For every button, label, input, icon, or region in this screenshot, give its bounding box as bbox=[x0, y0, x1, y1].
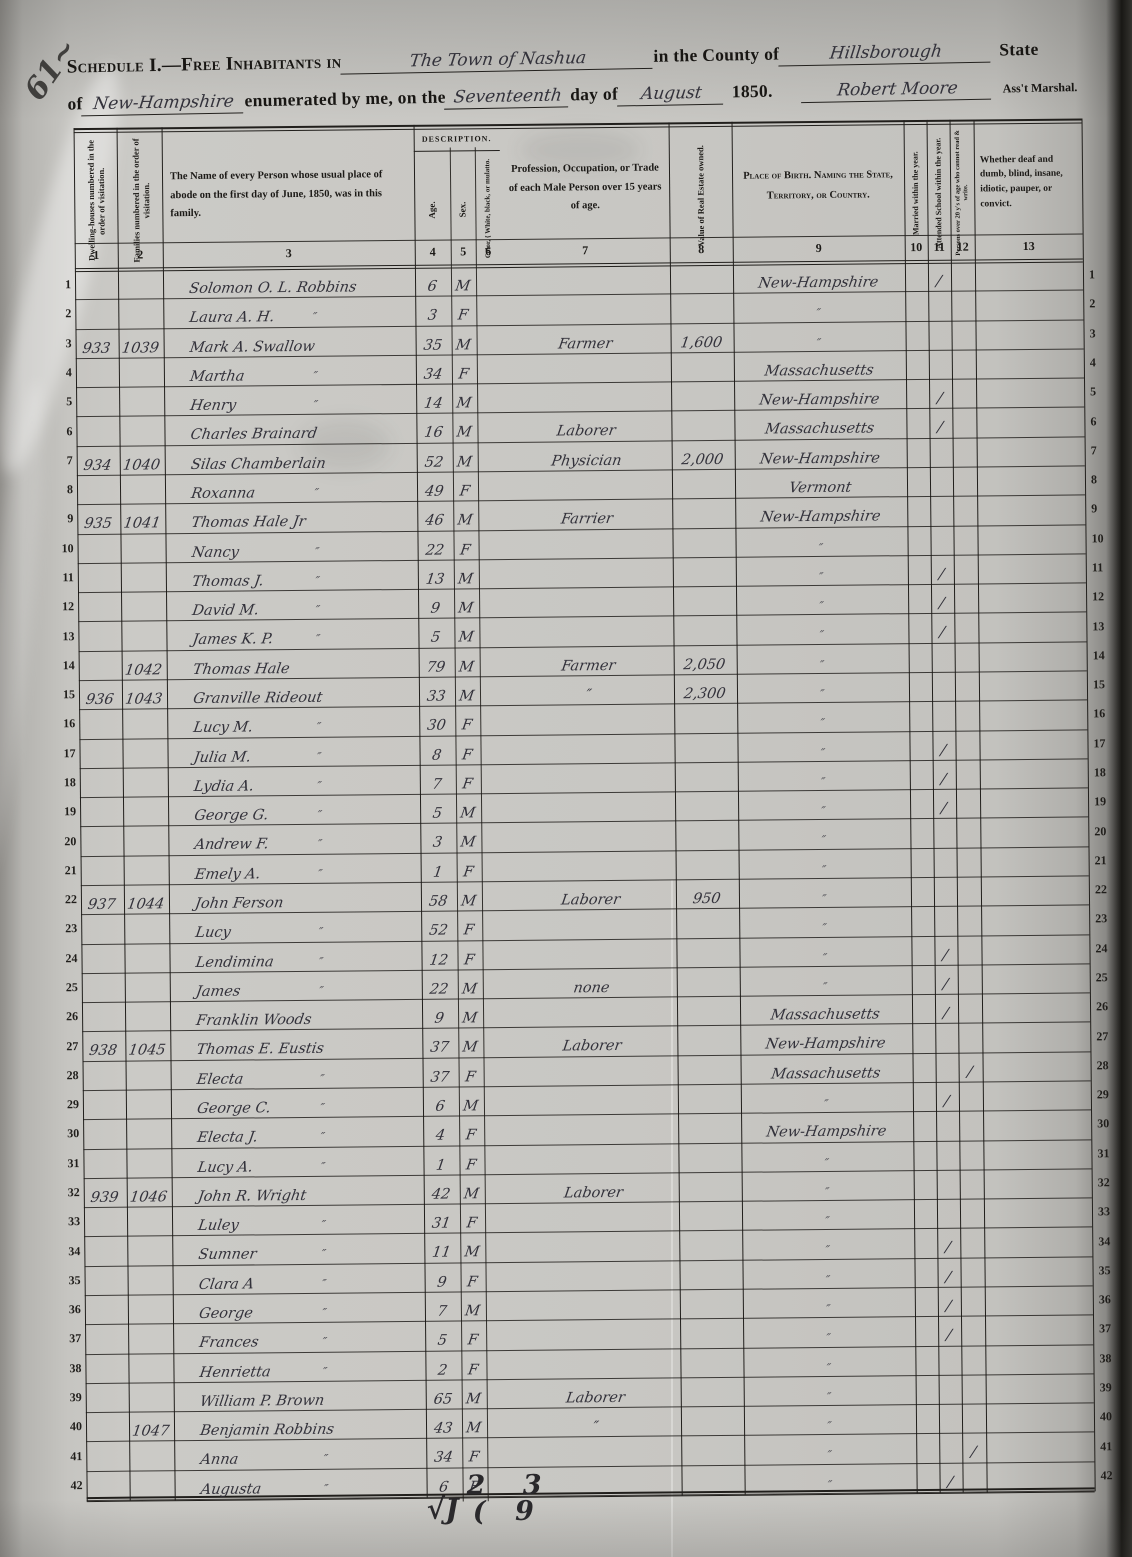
cell-age: 1 bbox=[418, 852, 458, 882]
cell-name: Anna″ bbox=[172, 1438, 428, 1470]
cell-dwelling-number: 933 bbox=[73, 328, 120, 358]
marshal-title: Ass't Marshal. bbox=[1003, 80, 1078, 96]
row-number-left: 37 bbox=[61, 1324, 81, 1353]
schedule-title: Schedule I.—Free Inhabitants in bbox=[67, 52, 342, 79]
attended-school-tick: / bbox=[931, 760, 958, 790]
column-number-5: 5 bbox=[451, 240, 476, 263]
cell-birthplace: ″ bbox=[741, 1316, 917, 1347]
cell-name: David M.″ bbox=[164, 589, 420, 621]
cell-birthplace: ″ bbox=[737, 906, 913, 937]
cell-sex: M bbox=[460, 1379, 489, 1409]
cell-age: 12 bbox=[419, 940, 459, 970]
row-number-left: 19 bbox=[56, 797, 76, 826]
cell-sex: M bbox=[454, 823, 483, 853]
cell-name: Thomas E. Eustis bbox=[168, 1028, 424, 1060]
cell-sex: F bbox=[459, 1350, 488, 1380]
cell-birthplace: ″ bbox=[736, 819, 912, 850]
row-number-left: 16 bbox=[55, 709, 75, 738]
description-label: DESCRIPTION. bbox=[414, 134, 500, 152]
row-number-left: 13 bbox=[54, 622, 74, 651]
attended-school-tick: / bbox=[929, 555, 956, 585]
cell-birthplace: ″ bbox=[740, 1170, 916, 1201]
cell-birthplace: New-Hampshire bbox=[731, 262, 907, 293]
row-number-left: 15 bbox=[55, 680, 75, 709]
cell-sex: M bbox=[449, 266, 478, 296]
row-number-left: 36 bbox=[61, 1295, 81, 1324]
cell-sex: F bbox=[450, 354, 479, 384]
cell-birthplace: ″ bbox=[740, 1229, 916, 1260]
attended-school-tick: / bbox=[929, 584, 956, 614]
column-number-8: 8 bbox=[670, 238, 733, 262]
row-number-left: 25 bbox=[58, 973, 78, 1002]
cell-family-number: 1040 bbox=[118, 445, 167, 475]
cell-age: 22 bbox=[415, 530, 455, 560]
column-number-7: 7 bbox=[501, 238, 670, 263]
row-number-left: 30 bbox=[59, 1119, 79, 1148]
name-ditto-mark: ″ bbox=[317, 838, 323, 850]
cell-dwelling-number: 938 bbox=[80, 1031, 127, 1061]
cell-name: Lucy A.″ bbox=[169, 1145, 425, 1177]
page-shading-bottom bbox=[0, 1500, 1132, 1557]
cell-name: Mark A. Swallow bbox=[161, 325, 417, 357]
cell-age: 7 bbox=[423, 1291, 463, 1321]
attended-school-tick: / bbox=[937, 1462, 964, 1492]
cell-real-estate-value: 2,000 bbox=[670, 439, 737, 469]
cell-name: John Ferson bbox=[167, 882, 423, 914]
name-ditto-mark: ″ bbox=[323, 1483, 329, 1495]
cell-birthplace: Massachusetts bbox=[732, 350, 908, 381]
name-ditto-mark: ″ bbox=[316, 780, 322, 792]
cell-age: 7 bbox=[418, 764, 458, 794]
cell-sex: M bbox=[455, 881, 484, 911]
cell-birthplace: ″ bbox=[734, 584, 910, 615]
header-line-1: Schedule I.—Free Inhabitants in The Town… bbox=[67, 38, 1077, 80]
cell-age: 22 bbox=[420, 969, 460, 999]
page-fold-edge bbox=[1106, 0, 1132, 1557]
cell-occupation: ″ bbox=[510, 1406, 683, 1437]
attended-school-tick: / bbox=[935, 1257, 962, 1287]
cell-age: 52 bbox=[415, 442, 455, 472]
cell-sex: F bbox=[453, 735, 482, 765]
cell-birthplace: ″ bbox=[742, 1433, 918, 1464]
cell-sex: M bbox=[460, 1408, 489, 1438]
name-ditto-mark: ″ bbox=[314, 575, 320, 587]
cell-birthplace: ″ bbox=[737, 877, 913, 908]
row-number-left: 40 bbox=[62, 1412, 82, 1441]
cell-birthplace: New-Hampshire bbox=[732, 379, 908, 410]
cell-birthplace: ″ bbox=[738, 965, 914, 996]
cell-age: 9 bbox=[420, 999, 460, 1029]
cell-age: 9 bbox=[422, 1262, 462, 1292]
cell-sex: M bbox=[452, 618, 481, 648]
cell-occupation: ″ bbox=[503, 674, 676, 705]
name-ditto-mark: ″ bbox=[323, 1453, 329, 1465]
cell-name: Lucy M.″ bbox=[165, 706, 421, 738]
cell-age: 58 bbox=[419, 881, 459, 911]
cell-birthplace: ″ bbox=[734, 555, 910, 586]
cell-real-estate-value: 1,600 bbox=[668, 322, 735, 352]
cell-real-estate-value: 950 bbox=[674, 879, 741, 909]
day-field: Seventeenth bbox=[444, 85, 571, 109]
row-number-left: 14 bbox=[55, 651, 75, 680]
name-ditto-mark: ″ bbox=[319, 1073, 325, 1085]
name-ditto-mark: ″ bbox=[319, 1131, 325, 1143]
name-ditto-mark: ″ bbox=[321, 1336, 327, 1348]
cell-sex: F bbox=[460, 1438, 489, 1468]
row-number-left: 31 bbox=[59, 1149, 79, 1178]
row-number-left: 39 bbox=[62, 1383, 82, 1412]
cell-birthplace: ″ bbox=[741, 1346, 917, 1377]
row-number-left: 33 bbox=[60, 1207, 80, 1236]
cell-sex: M bbox=[451, 442, 480, 472]
cell-age: 6 bbox=[413, 266, 453, 296]
cell-age: 30 bbox=[417, 706, 457, 736]
cell-age: 33 bbox=[417, 676, 457, 706]
cell-name: Lydia A.″ bbox=[166, 765, 422, 797]
cell-birthplace: ″ bbox=[733, 526, 909, 557]
name-ditto-mark: ″ bbox=[318, 985, 324, 997]
county-label: in the County of bbox=[653, 44, 779, 67]
name-ditto-mark: ″ bbox=[319, 1102, 325, 1114]
cell-birthplace: ″ bbox=[739, 1141, 915, 1172]
cell-age: 52 bbox=[419, 911, 459, 941]
column-header-9: Place of Birth. Naming the State, Territ… bbox=[738, 143, 899, 229]
cell-name: William P. Brown bbox=[172, 1380, 428, 1412]
cell-birthplace: ″ bbox=[737, 936, 913, 967]
row-number-left: 11 bbox=[54, 563, 74, 592]
cell-age: 11 bbox=[422, 1233, 462, 1263]
row-number-left: 24 bbox=[57, 944, 77, 973]
cell-occupation: Laborer bbox=[506, 1026, 679, 1057]
cell-birthplace: ″ bbox=[739, 1082, 915, 1113]
name-ditto-mark: ″ bbox=[316, 751, 322, 763]
census-sheet: Schedule I.—Free Inhabitants in The Town… bbox=[0, 0, 1132, 1557]
column-header-13: Whether deaf and dumb, blind, insane, id… bbox=[980, 137, 1079, 226]
cell-birthplace: ″ bbox=[731, 291, 907, 322]
cell-birthplace: Massachusetts bbox=[732, 409, 908, 440]
cell-name: Julia M.″ bbox=[165, 735, 421, 767]
cell-age: 35 bbox=[413, 325, 453, 355]
cell-age: 9 bbox=[416, 589, 456, 619]
cell-age: 65 bbox=[424, 1379, 464, 1409]
row-number-left: 6 bbox=[52, 417, 72, 446]
name-ditto-mark: ″ bbox=[316, 721, 322, 733]
column-number-13: 13 bbox=[975, 234, 1083, 258]
cell-age: 5 bbox=[418, 794, 458, 824]
cannot-read-tick: / bbox=[960, 1433, 988, 1463]
column-number-10: 10 bbox=[905, 236, 928, 259]
row-number-left: 29 bbox=[59, 1090, 79, 1119]
cell-age: 3 bbox=[418, 823, 458, 853]
name-ditto-mark: ″ bbox=[316, 809, 322, 821]
attended-school-tick: / bbox=[934, 1082, 961, 1112]
cell-sex: F bbox=[457, 1145, 486, 1175]
cell-sex: M bbox=[454, 793, 483, 823]
cell-birthplace: New-Hampshire bbox=[739, 1111, 915, 1142]
row-number-left: 35 bbox=[60, 1266, 80, 1295]
cell-sex: M bbox=[450, 383, 479, 413]
cell-sex: M bbox=[453, 647, 482, 677]
cell-name: Benjamin Robbins bbox=[172, 1409, 428, 1441]
attended-school-tick: / bbox=[931, 789, 958, 819]
column-header-7: Profession, Occupation, or Trade of each… bbox=[506, 145, 665, 231]
cell-sex: F bbox=[453, 706, 482, 736]
cell-age: 5 bbox=[416, 618, 456, 648]
cell-sex: M bbox=[450, 413, 479, 443]
column-number-3: 3 bbox=[163, 241, 415, 266]
column-number-11: 11 bbox=[928, 236, 951, 259]
cell-name: George″ bbox=[171, 1292, 427, 1324]
cell-age: 31 bbox=[422, 1204, 462, 1234]
cell-name: Lendimina″ bbox=[167, 940, 423, 972]
cell-family-number: 1042 bbox=[120, 650, 169, 680]
of-label: of bbox=[67, 93, 83, 114]
cell-name: Lucy″ bbox=[167, 911, 423, 943]
cell-name: Electa″ bbox=[168, 1058, 424, 1090]
county-field: Hillsborough bbox=[778, 41, 993, 67]
row-number-left: 23 bbox=[57, 914, 77, 943]
cell-dwelling-number: 937 bbox=[79, 885, 126, 915]
cell-family-number: 1046 bbox=[125, 1177, 174, 1207]
row-number-left: 34 bbox=[60, 1237, 80, 1266]
cell-occupation: Farrier bbox=[501, 499, 674, 530]
header-line-2: of New-Hampshire enumerated by me, on th… bbox=[67, 75, 1077, 117]
cell-name: George C.″ bbox=[169, 1087, 425, 1119]
row-number-left: 1 bbox=[51, 270, 71, 299]
cell-birthplace: ″ bbox=[736, 848, 912, 879]
name-ditto-mark: ″ bbox=[321, 1278, 327, 1290]
cell-real-estate-value: 2,050 bbox=[672, 644, 739, 674]
cannot-read-tick: / bbox=[956, 1052, 984, 1082]
cell-birthplace: ″ bbox=[736, 760, 912, 791]
row-number-left: 10 bbox=[53, 534, 73, 563]
cell-sex: M bbox=[457, 1086, 486, 1116]
cell-sex: M bbox=[458, 1174, 487, 1204]
attended-school-tick: / bbox=[927, 408, 954, 438]
name-ditto-mark: ″ bbox=[321, 1248, 327, 1260]
name-ditto-mark: ″ bbox=[312, 399, 318, 411]
row-number-left: 17 bbox=[55, 739, 75, 768]
cell-age: 43 bbox=[424, 1409, 464, 1439]
cell-occupation: Farmer bbox=[499, 323, 672, 354]
cell-birthplace: ″ bbox=[731, 321, 907, 352]
attended-school-tick: / bbox=[926, 262, 953, 292]
name-ditto-mark: ″ bbox=[315, 633, 321, 645]
cell-family-number: 1039 bbox=[116, 328, 165, 358]
cell-name: Charles Brainard bbox=[162, 413, 418, 445]
column-number-4: 4 bbox=[415, 241, 451, 264]
cell-sex: F bbox=[459, 1320, 488, 1350]
attended-school-tick: / bbox=[927, 379, 954, 409]
cell-birthplace: New-Hampshire bbox=[733, 496, 909, 527]
row-number-left: 21 bbox=[57, 856, 77, 885]
cell-family-number: 1044 bbox=[122, 884, 171, 914]
census-table: Dwelling-houses numbered in the order of… bbox=[74, 123, 1095, 1500]
cell-age: 34 bbox=[424, 1438, 464, 1468]
cell-name: Augusta″ bbox=[172, 1467, 428, 1499]
cell-age: 37 bbox=[420, 1057, 460, 1087]
row-number-left: 26 bbox=[58, 1002, 78, 1031]
cell-name: Henry″ bbox=[162, 384, 418, 416]
cell-name: Thomas Hale bbox=[165, 648, 421, 680]
row-number-left: 3 bbox=[51, 329, 71, 358]
row-number-left: 28 bbox=[59, 1061, 79, 1090]
year-label: 1850. bbox=[732, 81, 773, 103]
cell-name: Martha″ bbox=[162, 355, 418, 387]
name-ditto-mark: ″ bbox=[317, 868, 323, 880]
row-number-left: 27 bbox=[58, 1032, 78, 1061]
cell-name: Thomas Hale Jr bbox=[163, 501, 419, 533]
table-rows: 11Solomon O. L. Robbins6MNew-Hampshire/2… bbox=[75, 260, 1095, 1500]
cell-name: Sumner″ bbox=[170, 1233, 426, 1265]
column-number-9: 9 bbox=[733, 236, 905, 261]
cell-birthplace: ″ bbox=[734, 614, 910, 645]
cell-birthplace: ″ bbox=[742, 1404, 918, 1435]
cell-name: Clara A″ bbox=[170, 1262, 426, 1294]
cell-sex: F bbox=[454, 764, 483, 794]
cell-age: 14 bbox=[414, 384, 454, 414]
name-ditto-mark: ″ bbox=[321, 1307, 327, 1319]
cell-occupation: Farmer bbox=[503, 645, 676, 676]
cell-real-estate-value: 2,300 bbox=[672, 674, 739, 704]
row-number-left: 20 bbox=[56, 827, 76, 856]
cell-age: 4 bbox=[421, 1116, 461, 1146]
cell-age: 1 bbox=[421, 1145, 461, 1175]
cell-birthplace: ″ bbox=[735, 731, 911, 762]
row-number-left: 5 bbox=[52, 387, 72, 416]
cell-name: Silas Chamberlain bbox=[163, 443, 419, 475]
marshal-signature: Robert Moore bbox=[801, 78, 994, 104]
cell-age: 5 bbox=[423, 1321, 463, 1351]
column-number-6: 6 bbox=[476, 240, 501, 263]
cell-birthplace: Massachusetts bbox=[738, 1053, 914, 1084]
cell-name: Granville Rideout bbox=[165, 677, 421, 709]
cell-dwelling-number: 935 bbox=[75, 504, 122, 534]
cell-name: Luley″ bbox=[170, 1204, 426, 1236]
cell-sex: M bbox=[452, 559, 481, 589]
cell-dwelling-number: 934 bbox=[75, 445, 122, 475]
cell-sex: M bbox=[456, 1028, 485, 1058]
cell-dwelling-number: 936 bbox=[77, 680, 124, 710]
column-number-12: 12 bbox=[951, 235, 975, 258]
column-number-1: 1 bbox=[75, 244, 118, 267]
town-field: The Town of Nashua bbox=[340, 47, 655, 75]
cell-sex: M bbox=[453, 676, 482, 706]
cell-age: 42 bbox=[422, 1174, 462, 1204]
cell-name: John R. Wright bbox=[170, 1175, 426, 1207]
cell-sex: F bbox=[458, 1203, 487, 1233]
cell-birthplace: ″ bbox=[742, 1375, 918, 1406]
attended-school-tick: / bbox=[936, 1287, 963, 1317]
cell-age: 79 bbox=[417, 647, 457, 677]
name-ditto-mark: ″ bbox=[320, 1161, 326, 1173]
attended-school-tick: / bbox=[935, 1228, 962, 1258]
cell-age: 37 bbox=[420, 1028, 460, 1058]
cell-occupation: Laborer bbox=[505, 879, 678, 910]
cell-birthplace: ″ bbox=[740, 1258, 916, 1289]
name-ditto-mark: ″ bbox=[314, 604, 320, 616]
row-number-left: 18 bbox=[56, 768, 76, 797]
attended-school-tick: / bbox=[929, 613, 956, 643]
cell-sex: M bbox=[458, 1233, 487, 1263]
census-page-scan: 61~ Schedule I.—Free Inhabitants in The … bbox=[0, 0, 1132, 1557]
cell-age: 49 bbox=[415, 471, 455, 501]
attended-school-tick: / bbox=[936, 1316, 963, 1346]
row-number-left: 42 bbox=[62, 1471, 82, 1500]
cell-occupation: Laborer bbox=[500, 411, 673, 442]
cell-sex: M bbox=[456, 969, 485, 999]
cell-age: 8 bbox=[417, 735, 457, 765]
cell-sex: F bbox=[449, 296, 478, 326]
cell-age: 2 bbox=[423, 1350, 463, 1380]
cell-sex: F bbox=[457, 1115, 486, 1145]
cell-name: James K. P.″ bbox=[164, 618, 420, 650]
cell-sex: F bbox=[455, 940, 484, 970]
cell-name: Nancy″ bbox=[163, 530, 419, 562]
day-of-label: day of bbox=[570, 84, 618, 106]
cell-birthplace: ″ bbox=[736, 789, 912, 820]
cell-family-number: 1041 bbox=[118, 504, 167, 534]
cell-sex: F bbox=[454, 852, 483, 882]
cell-name: James″ bbox=[168, 970, 424, 1002]
cell-sex: F bbox=[455, 911, 484, 941]
cell-birthplace: New-Hampshire bbox=[733, 438, 909, 469]
cell-birthplace: ″ bbox=[740, 1199, 916, 1230]
state-label: State bbox=[999, 39, 1039, 61]
cell-name: Andrew F.″ bbox=[166, 823, 422, 855]
cell-birthplace: ″ bbox=[735, 701, 911, 732]
name-ditto-mark: ″ bbox=[322, 1366, 328, 1378]
enumerated-label: enumerated by me, on the bbox=[244, 87, 445, 112]
cell-birthplace: ″ bbox=[741, 1287, 917, 1318]
attended-school-tick: / bbox=[933, 994, 960, 1024]
attended-school-tick: / bbox=[933, 965, 960, 995]
cell-sex: F bbox=[458, 1262, 487, 1292]
column-number-2: 2 bbox=[118, 243, 163, 266]
cell-name: Laura A. H.″ bbox=[161, 296, 417, 328]
cell-sex: F bbox=[451, 530, 480, 560]
row-number-left: 38 bbox=[61, 1354, 81, 1383]
cell-age: 13 bbox=[416, 559, 456, 589]
state-field: New-Hampshire bbox=[81, 91, 246, 116]
cell-birthplace: Massachusetts bbox=[738, 994, 914, 1025]
cell-age: 3 bbox=[413, 296, 453, 326]
row-number-left: 32 bbox=[60, 1178, 80, 1207]
cell-family-number: 1047 bbox=[127, 1411, 176, 1441]
cell-dwelling-number: 939 bbox=[82, 1177, 129, 1207]
cell-name: Roxanna″ bbox=[163, 472, 419, 504]
row-number-left: 41 bbox=[62, 1442, 82, 1471]
attended-school-tick: / bbox=[930, 730, 957, 760]
name-ditto-mark: ″ bbox=[312, 370, 318, 382]
cell-sex: M bbox=[451, 501, 480, 531]
row-number-left: 4 bbox=[52, 358, 72, 387]
cell-sex: M bbox=[459, 1291, 488, 1321]
cell-occupation: Physician bbox=[501, 440, 674, 471]
cell-age: 6 bbox=[421, 1086, 461, 1116]
cell-birthplace: ″ bbox=[742, 1463, 918, 1494]
cell-occupation: Laborer bbox=[510, 1377, 683, 1408]
name-ditto-mark: ″ bbox=[318, 956, 324, 968]
cell-birthplace: ″ bbox=[735, 672, 911, 703]
row-number-left: 2 bbox=[51, 299, 71, 328]
cell-occupation: none bbox=[506, 967, 679, 998]
cell-family-number: 1045 bbox=[123, 1031, 172, 1061]
form-header: Schedule I.—Free Inhabitants in The Town… bbox=[67, 38, 1078, 116]
cell-name: George G.″ bbox=[166, 794, 422, 826]
cell-name: Franklin Woods bbox=[168, 999, 424, 1031]
row-number-left: 12 bbox=[54, 592, 74, 621]
